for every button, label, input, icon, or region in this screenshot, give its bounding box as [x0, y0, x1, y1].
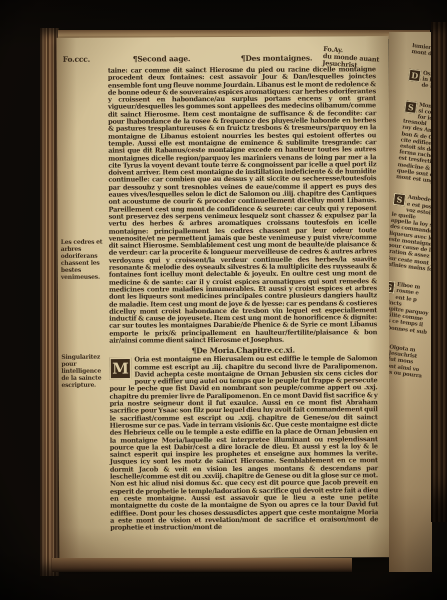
- margin-note-singularities: Singularitez pour lintelligence de la sa…: [61, 354, 108, 389]
- fragment-text: Ambede e est pos voz estoi le quelle app…: [389, 195, 432, 273]
- woodcut-initial-d: D: [408, 69, 421, 82]
- fragment-text: Olgota m Jesuchrist fut mons ce mont ain…: [389, 344, 422, 379]
- running-title-second-age: ¶Second aage.: [133, 54, 191, 63]
- body-text-column: taine: car comme dit sainct Hierosme du …: [108, 66, 378, 532]
- fragment-text: Mont A si comme for icelle tresnobl ray …: [396, 102, 432, 187]
- running-title-des-montaignes: ¶Des montaignes.: [241, 54, 313, 63]
- woodcut-initial-g: G: [389, 280, 395, 293]
- page-block-bottom-edge: [52, 558, 352, 572]
- fragment-text: Elboe m rosme e ent le p Saincts chapitr…: [389, 282, 429, 335]
- body-paragraph-libanus: taine: car comme dit sainct Hierosme du …: [108, 66, 377, 345]
- page-stack-right-fore-edge: [431, 22, 447, 522]
- facing-page-fragments: lumiere ou alum mont de miseric DOsia es…: [389, 37, 432, 389]
- fragment-block: DOsia est v in loquele de Israel: [407, 62, 432, 95]
- fragment-block: GOlgota m Jesuchrist fut mons ce mont ai…: [389, 337, 432, 382]
- fragment-block: lumiere ou alum mont de miseric: [411, 37, 432, 64]
- woodcut-initial-s2: S: [393, 193, 406, 206]
- body-paragraph-moria: MOria est montaigne en Hierusalem ou est…: [109, 355, 378, 532]
- main-page: Fo.ccc. ¶Second aage. ¶Des montaignes. F…: [57, 36, 392, 559]
- fragment-block: SAmbede e est pos voz estoi le quelle ap…: [389, 187, 432, 276]
- fragment-text: lumiere ou alum mont de miseric: [411, 43, 432, 61]
- woodcut-initial-m: M: [109, 358, 131, 380]
- fragment-block: SMont A si comme for icelle tresnobl ray…: [396, 94, 432, 189]
- margin-note-cedars: Les cedres et arbres odoriferans chassen…: [61, 239, 108, 281]
- woodcut-initial-s: S: [404, 100, 417, 113]
- body-paragraph-moria-text: Oria est montaigne en Hierusalem ou est …: [109, 354, 378, 531]
- fragment-block: GElboe m rosme e ent le p Saincts chapit…: [389, 274, 432, 338]
- folio-number-left: Fo.ccc.: [63, 55, 90, 64]
- facing-page-strip: lumiere ou alum mont de miseric DOsia es…: [389, 32, 432, 572]
- open-book-photo: Fo.ccc. ¶Second aage. ¶Des montaignes. F…: [0, 0, 447, 600]
